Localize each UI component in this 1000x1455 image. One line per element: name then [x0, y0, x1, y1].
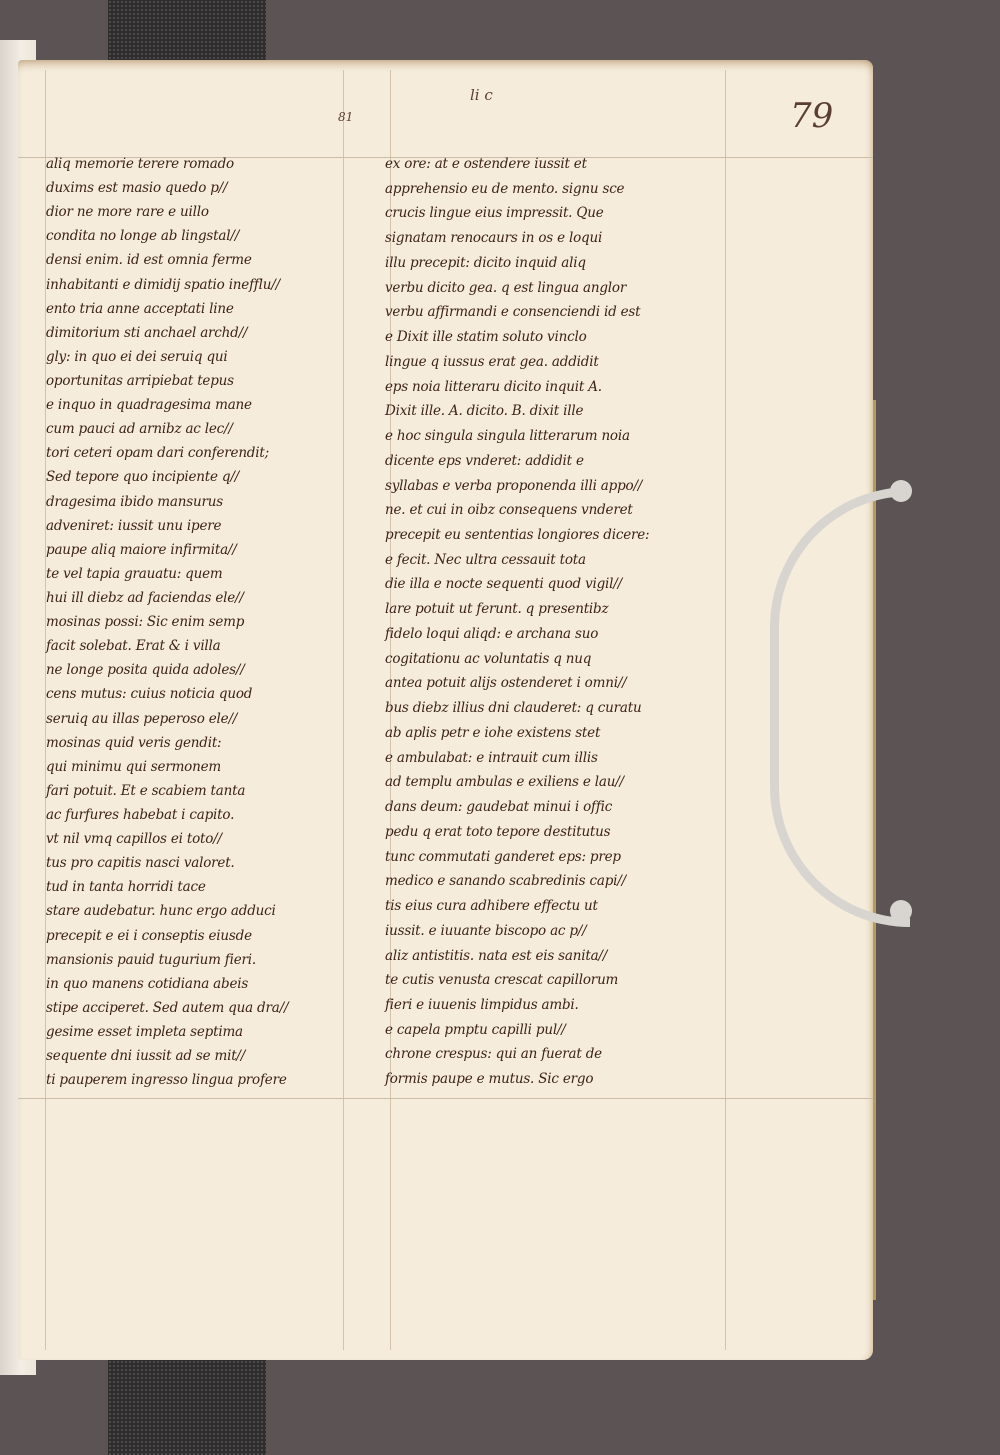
text-line: densi enim. id est omnia ferme: [46, 248, 346, 272]
text-line: precepit eu sententias longiores dicere:: [385, 523, 725, 548]
text-line: mansionis pauid tugurium fieri.: [46, 948, 346, 972]
cord-knot: [890, 900, 912, 922]
text-line: precepit e ei i conseptis eiusde: [46, 924, 346, 948]
text-line: pedu q erat toto tepore destitutus: [385, 820, 725, 845]
text-line: e ambulabat: e intrauit cum illis: [385, 746, 725, 771]
text-line: mosinas quid veris gendit:: [46, 731, 346, 755]
text-line: lare potuit ut ferunt. q presentibz: [385, 597, 725, 622]
text-line: die illa e nocte sequenti quod vigil//: [385, 572, 725, 597]
text-line: aliq memorie terere romado: [46, 152, 346, 176]
text-line: cum pauci ad arnibz ac lec//: [46, 417, 346, 441]
text-line: sequente dni iussit ad se mit//: [46, 1044, 346, 1068]
text-line: tori ceteri opam dari conferendit;: [46, 441, 346, 465]
text-line: iussit. e iuuante biscopo ac p//: [385, 919, 725, 944]
text-line: stipe acciperet. Sed autem qua dra//: [46, 996, 346, 1020]
text-line: duxims est masio quedo p//: [46, 176, 346, 200]
folio-number: 79: [790, 96, 833, 136]
text-line: gesime esset impleta septima: [46, 1020, 346, 1044]
text-line: qui minimu qui sermonem: [46, 755, 346, 779]
text-line: oportunitas arripiebat tepus: [46, 369, 346, 393]
text-line: medico e sanando scabredinis capi//: [385, 869, 725, 894]
text-line: antea potuit alijs ostenderet i omni//: [385, 671, 725, 696]
text-line: condita no longe ab lingstal//: [46, 224, 346, 248]
text-line: mosinas possi: Sic enim semp: [46, 610, 346, 634]
text-line: dans deum: gaudebat minui i offic: [385, 795, 725, 820]
ruling-line: [18, 1098, 873, 1099]
text-line: ad templu ambulas e exiliens e lau//: [385, 770, 725, 795]
text-line: stare audebatur. hunc ergo adduci: [46, 899, 346, 923]
text-line: tis eius cura adhibere effectu ut: [385, 894, 725, 919]
text-line: lingue q iussus erat gea. addidit: [385, 350, 725, 375]
text-line: in quo manens cotidiana abeis: [46, 972, 346, 996]
text-line: e fecit. Nec ultra cessauit tota: [385, 548, 725, 573]
quire-mark: li c: [470, 86, 493, 104]
text-line: ac furfures habebat i capito.: [46, 803, 346, 827]
text-line: e hoc singula singula litterarum noia: [385, 424, 725, 449]
text-line: e inquo in quadragesima mane: [46, 393, 346, 417]
bookmark-cord: [770, 487, 910, 927]
text-line: ex ore: at e ostendere iussit et: [385, 152, 725, 177]
text-line: ne. et cui in oibz consequens vnderet: [385, 498, 725, 523]
text-line: seruiq au illas peperoso ele//: [46, 707, 346, 731]
text-line: eps noia litteraru dicito inquit A.: [385, 375, 725, 400]
text-line: syllabas e verba proponenda illi appo//: [385, 474, 725, 499]
text-line: e capela pmptu capilli pul//: [385, 1018, 725, 1043]
text-line: dimitorium sti anchael archd//: [46, 321, 346, 345]
ruling-line: [725, 70, 726, 1350]
text-line: cogitationu ac voluntatis q nuq: [385, 647, 725, 672]
text-line: fidelo loqui aliqd: e archana suo: [385, 622, 725, 647]
text-line: fari potuit. Et e scabiem tanta: [46, 779, 346, 803]
text-line: dior ne more rare e uillo: [46, 200, 346, 224]
text-line: crucis lingue eius impressit. Que: [385, 201, 725, 226]
text-line: te vel tapia grauatu: quem: [46, 562, 346, 586]
text-line: te cutis venusta crescat capillorum: [385, 968, 725, 993]
text-line: e Dixit ille statim soluto vinclo: [385, 325, 725, 350]
text-line: dragesima ibido mansurus: [46, 490, 346, 514]
text-line: Dixit ille. A. dicito. B. dixit ille: [385, 399, 725, 424]
text-column-right: ex ore: at e ostendere iussit etapprehen…: [385, 152, 725, 1092]
text-line: fieri e iuuenis limpidus ambi.: [385, 993, 725, 1018]
text-line: aliz antistitis. nata est eis sanita//: [385, 944, 725, 969]
text-line: apprehensio eu de mento. signu sce: [385, 177, 725, 202]
text-line: adveniret: iussit unu ipere: [46, 514, 346, 538]
cord-knot: [890, 480, 912, 502]
text-line: tud in tanta horridi tace: [46, 875, 346, 899]
text-line: illu precepit: dicito inquid aliq: [385, 251, 725, 276]
old-folio-number: 81: [338, 110, 353, 124]
text-line: hui ill diebz ad faciendas ele//: [46, 586, 346, 610]
text-line: verbu dicito gea. q est lingua anglor: [385, 276, 725, 301]
text-line: verbu affirmandi e consenciendi id est: [385, 300, 725, 325]
text-line: cens mutus: cuius noticia quod: [46, 682, 346, 706]
text-line: chrone crespus: qui an fuerat de: [385, 1042, 725, 1067]
text-line: dicente eps vnderet: addidit e: [385, 449, 725, 474]
text-line: ab aplis petr e iohe existens stet: [385, 721, 725, 746]
text-line: tus pro capitis nasci valoret.: [46, 851, 346, 875]
text-line: ento tria anne acceptati line: [46, 297, 346, 321]
text-line: ne longe posita quida adoles//: [46, 658, 346, 682]
text-line: paupe aliq maiore infirmita//: [46, 538, 346, 562]
text-line: gly: in quo ei dei seruiq qui: [46, 345, 346, 369]
foam-book-support-bottom: [108, 1360, 266, 1455]
text-line: bus diebz illius dni clauderet: q curatu: [385, 696, 725, 721]
text-line: signatam renocaurs in os e loqui: [385, 226, 725, 251]
text-column-left: aliq memorie terere romadoduxims est mas…: [46, 152, 346, 1092]
text-line: facit solebat. Erat & i villa: [46, 634, 346, 658]
text-line: tunc commutati ganderet eps: prep: [385, 845, 725, 870]
text-line: formis paupe e mutus. Sic ergo: [385, 1067, 725, 1092]
text-line: vt nil vmq capillos ei toto//: [46, 827, 346, 851]
text-line: Sed tepore quo incipiente q//: [46, 465, 346, 489]
text-line: inhabitanti e dimidij spatio inefflu//: [46, 273, 346, 297]
text-line: ti pauperem ingresso lingua profere: [46, 1068, 346, 1092]
